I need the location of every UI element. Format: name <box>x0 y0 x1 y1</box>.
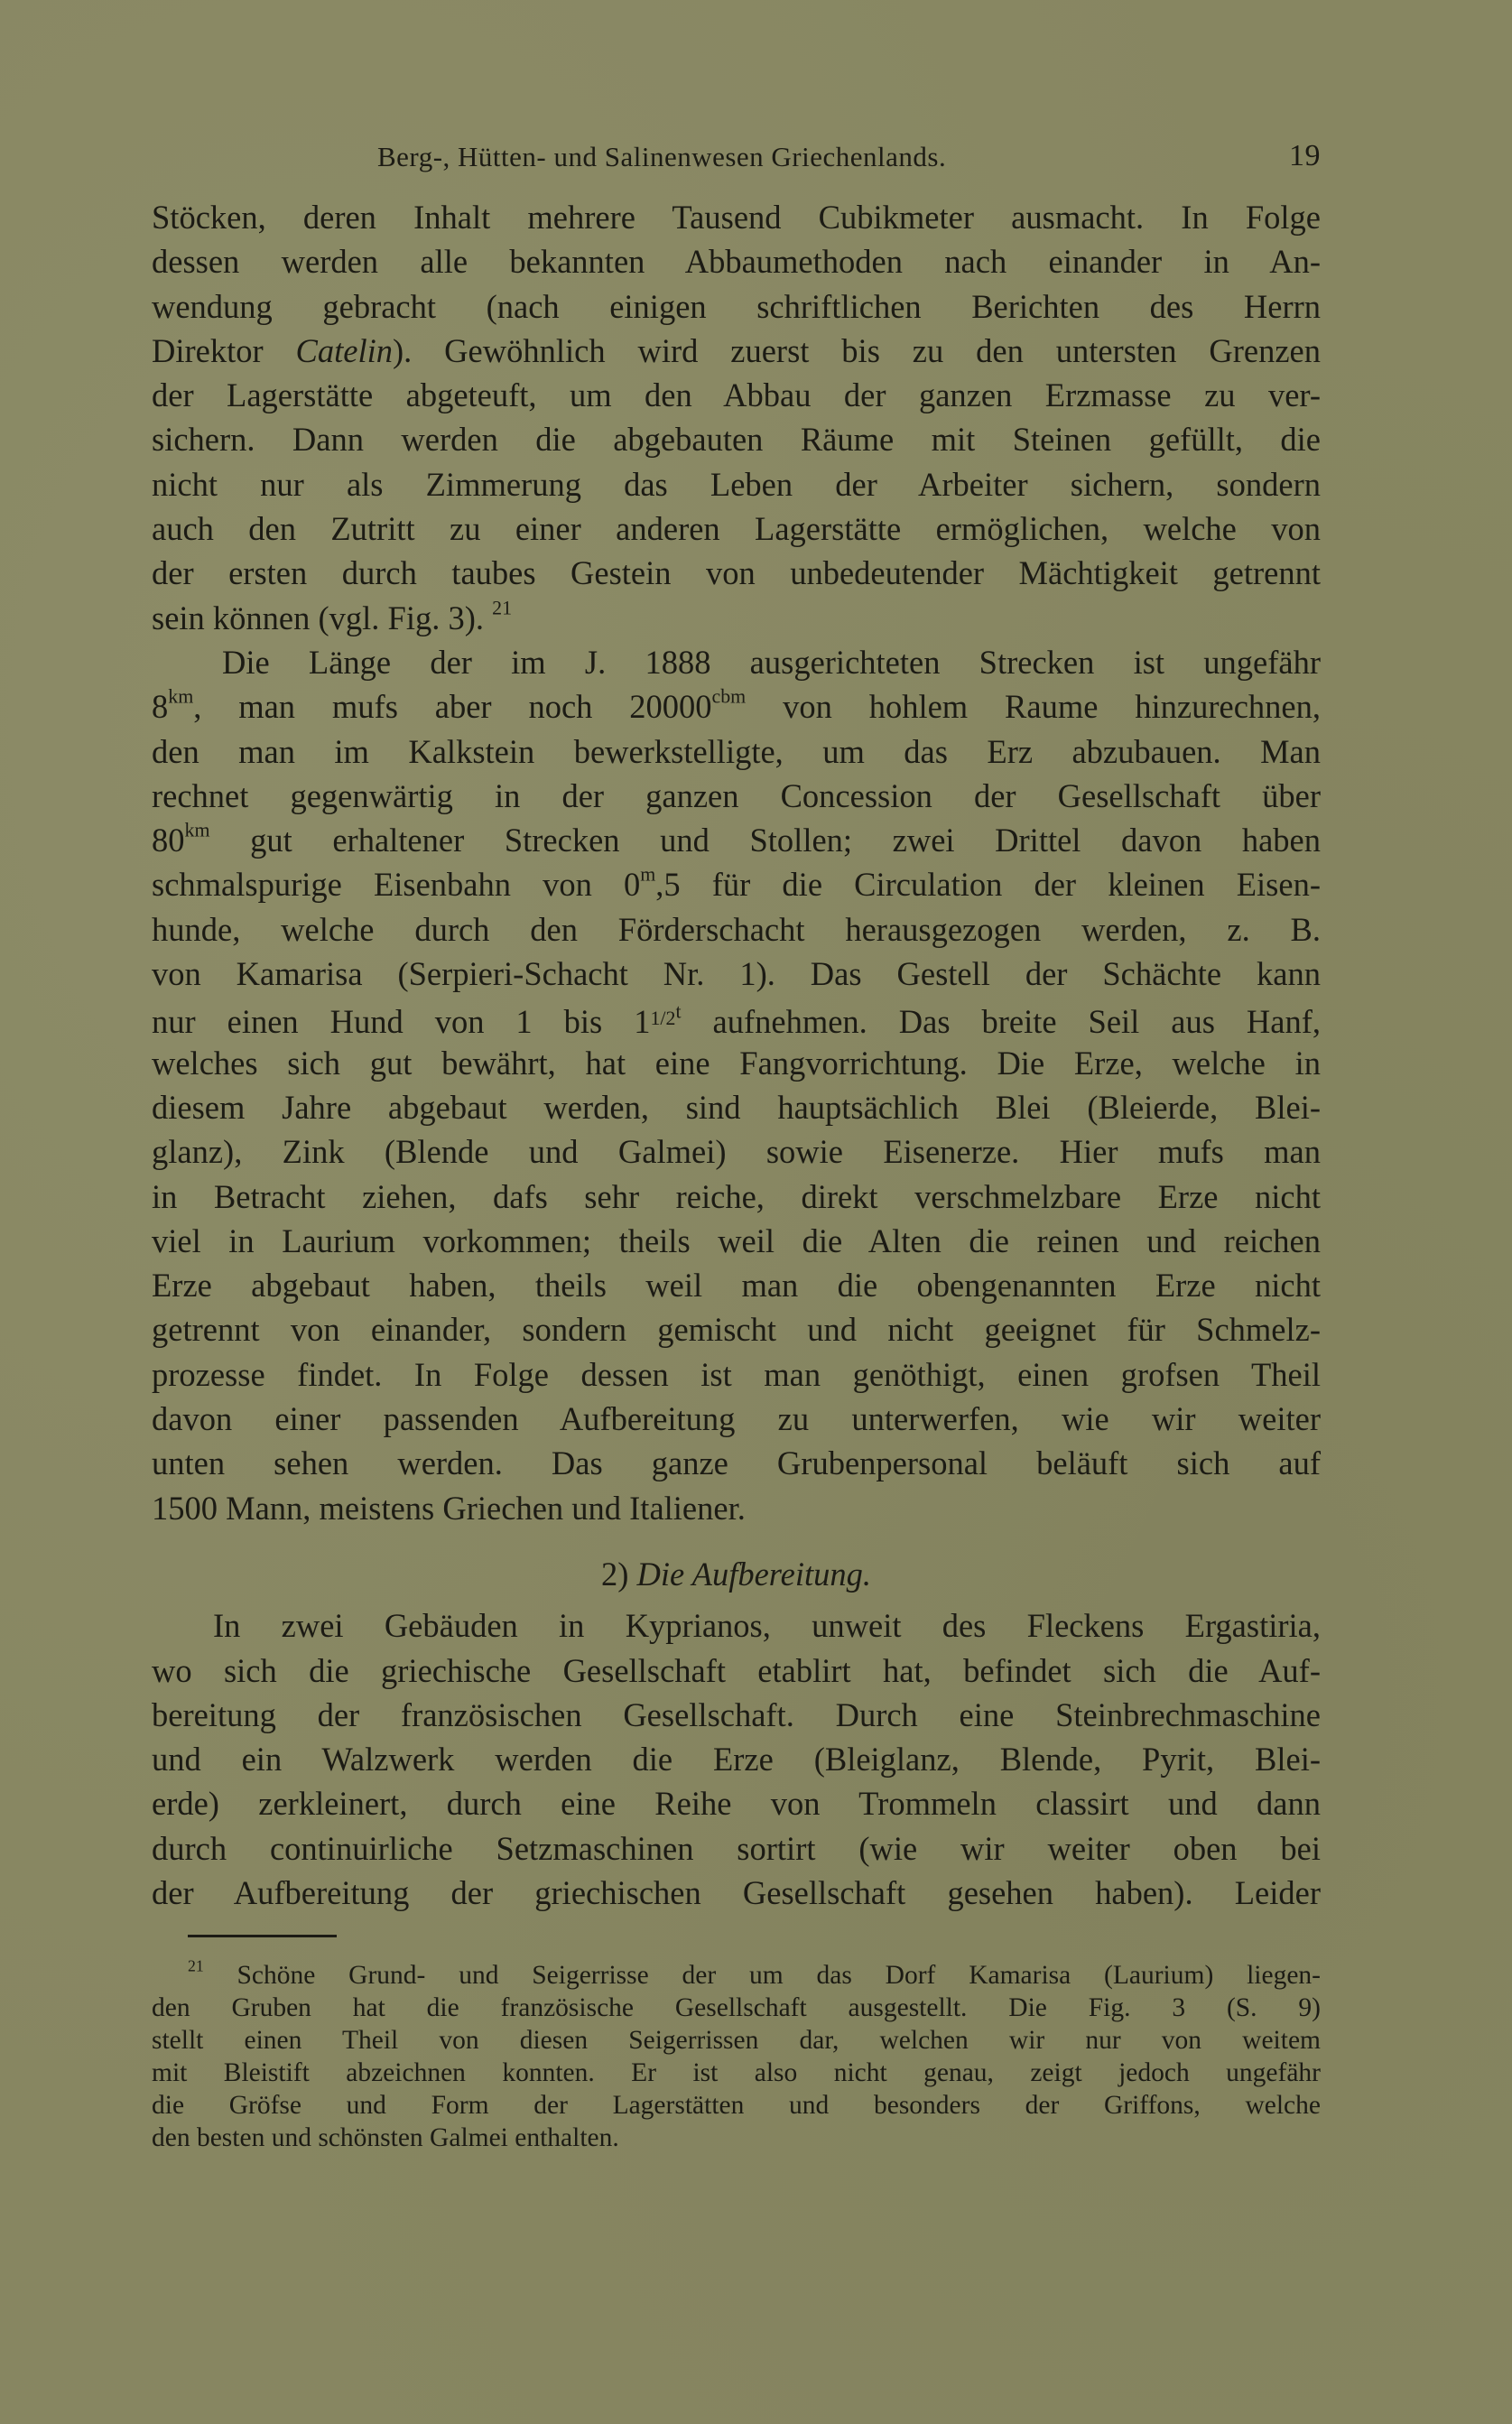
paragraph-ore-dressing: In zwei Gebäuden in Kyprianos, unweit de… <box>152 1603 1321 1915</box>
text-fragment: schmalspurige Eisenbahn von 0 <box>152 866 640 903</box>
text-line: auch den Zutritt zu einer anderen Lagers… <box>152 506 1321 551</box>
text-line: 8km, man mufs aber noch 20000cbm von hoh… <box>152 684 1321 729</box>
text-fragment: , man mufs aber noch 20000 <box>193 688 711 725</box>
unit-superscript: m <box>640 863 655 886</box>
unit-superscript: km <box>185 819 210 841</box>
text-line: prozesse findet. In Folge dessen ist man… <box>152 1352 1321 1397</box>
paragraph-continuation: Stöcken, deren Inhalt mehrere Tausend Cu… <box>152 195 1321 640</box>
footnote-line: die Gröfse und Form der Lagerstätten und… <box>152 2089 1321 2122</box>
footnote-marker: 21 <box>188 1957 204 1975</box>
text-line: bereitung der französischen Gesellschaft… <box>152 1693 1321 1737</box>
footnote-line: 21 Schöne Grund- und Seigerrisse der um … <box>152 1959 1321 1992</box>
text-line: in Betracht ziehen, dafs sehr reiche, di… <box>152 1175 1321 1219</box>
text-line: wo sich die griechische Gesellschaft eta… <box>152 1649 1321 1693</box>
text-line: der Lagerstätte abgeteuft, um den Abbau … <box>152 373 1321 417</box>
text-line: getrennt von einander, sondern gemischt … <box>152 1307 1321 1351</box>
text-line: davon einer passenden Aufbereitung zu un… <box>152 1397 1321 1441</box>
text-line: und ein Walzwerk werden die Erze (Bleigl… <box>152 1737 1321 1781</box>
text-line: durch continuirliche Setzmaschinen sorti… <box>152 1826 1321 1871</box>
text-line: den man im Kalkstein bewerkstelligte, um… <box>152 729 1321 774</box>
text-line: 1500 Mann, meistens Griechen und Italien… <box>152 1486 1321 1530</box>
text-line: der Aufbereitung der griechischen Gesell… <box>152 1871 1321 1915</box>
text-line: sein können (vgl. Fig. 3). 21 <box>152 596 1321 640</box>
footnote-ref-21[interactable]: 21 <box>492 596 512 618</box>
text-line: dessen werden alle bekannten Abbaumethod… <box>152 239 1321 283</box>
fraction: 1/2 <box>650 1007 675 1029</box>
section-heading: 2) Die Aufbereitung. <box>152 1552 1321 1596</box>
text-line: 80km gut erhaltener Strecken und Stollen… <box>152 818 1321 862</box>
text-fragment: 8 <box>152 688 168 725</box>
footnote-divider <box>188 1935 337 1937</box>
text-line: In zwei Gebäuden in Kyprianos, unweit de… <box>152 1603 1321 1648</box>
footnote-21: 21 Schöne Grund- und Seigerrisse der um … <box>152 1959 1321 2154</box>
text-fragment: von hohlem Raume hinzurechnen, <box>746 688 1321 725</box>
text-line: Die Länge der im J. 1888 ausgerichteten … <box>152 640 1321 684</box>
text-fragment: nur einen Hund von 1 bis 1 <box>152 1003 650 1040</box>
paragraph-mine-lengths: Die Länge der im J. 1888 ausgerichteten … <box>152 640 1321 1530</box>
text-line: sichern. Dann werden die abgebauten Räum… <box>152 417 1321 461</box>
text-line: Stöcken, deren Inhalt mehrere Tausend Cu… <box>152 195 1321 239</box>
text-line: diesem Jahre abgebaut werden, sind haupt… <box>152 1085 1321 1129</box>
running-header: Berg-, Hütten- und Salinenwesen Griechen… <box>152 135 1321 184</box>
text-fragment: gut erhaltener Strecken und Stollen; zwe… <box>209 822 1321 859</box>
text-line: viel in Laurium vorkommen; theils weil d… <box>152 1219 1321 1263</box>
footnote-line: den besten und schönsten Galmei enthalte… <box>152 2122 1321 2154</box>
text-line: nicht nur als Zimmerung das Leben der Ar… <box>152 462 1321 506</box>
book-page: Berg-, Hütten- und Salinenwesen Griechen… <box>152 135 1321 2154</box>
text-fragment: ,5 für die Circulation der kleinen Eisen… <box>655 866 1321 903</box>
person-name-italic: Catelin <box>296 332 393 369</box>
page-number: 19 <box>1289 139 1321 173</box>
text-fragment: Direktor <box>152 332 296 369</box>
unit-superscript: cbm <box>712 685 747 708</box>
text-line: welches sich gut bewährt, hat eine Fangv… <box>152 1041 1321 1085</box>
text-line: Erze abgebaut haben, theils weil man die… <box>152 1263 1321 1307</box>
footnote-line: mit Bleistift abzeichnen konnten. Er ist… <box>152 2057 1321 2089</box>
text-line: nur einen Hund von 1 bis 11/2t aufnehmen… <box>152 996 1321 1040</box>
text-line: Direktor Catelin). Gewöhnlich wird zuers… <box>152 329 1321 373</box>
text-line: der ersten durch taubes Gestein von unbe… <box>152 551 1321 595</box>
text-fragment: 80 <box>152 822 185 859</box>
section-number: 2) <box>601 1556 637 1593</box>
text-fragment: sein können (vgl. Fig. 3). <box>152 599 484 636</box>
text-line: von Kamarisa (Serpieri-Schacht Nr. 1). D… <box>152 952 1321 996</box>
footnote-line: stellt einen Theil von diesen Seigerriss… <box>152 2024 1321 2057</box>
text-line: wendung gebracht (nach einigen schriftli… <box>152 284 1321 329</box>
footnote-line: den Gruben hat die französische Gesellsc… <box>152 1992 1321 2024</box>
text-line: erde) zerkleinert, durch eine Reihe von … <box>152 1781 1321 1825</box>
main-text: Stöcken, deren Inhalt mehrere Tausend Cu… <box>152 195 1321 1915</box>
unit-superscript: km <box>168 685 193 708</box>
section-title: Die Aufbereitung. <box>637 1556 872 1593</box>
text-line: rechnet gegenwärtig in der ganzen Conces… <box>152 774 1321 818</box>
text-fragment: ). Gewöhnlich wird zuerst bis zu den unt… <box>393 332 1321 369</box>
text-line: glanz), Zink (Blende und Galmei) sowie E… <box>152 1129 1321 1174</box>
text-fragment: aufnehmen. Das breite Seil aus Hanf, <box>682 1003 1321 1040</box>
text-line: unten sehen werden. Das ganze Grubenpers… <box>152 1441 1321 1485</box>
running-title: Berg-, Hütten- und Salinenwesen Griechen… <box>377 141 946 173</box>
text-fragment: Schöne Grund- und Seigerrisse der um das… <box>204 1961 1321 1990</box>
text-line: schmalspurige Eisenbahn von 0m,5 für die… <box>152 862 1321 906</box>
text-line: hunde, welche durch den Förderschacht he… <box>152 907 1321 952</box>
